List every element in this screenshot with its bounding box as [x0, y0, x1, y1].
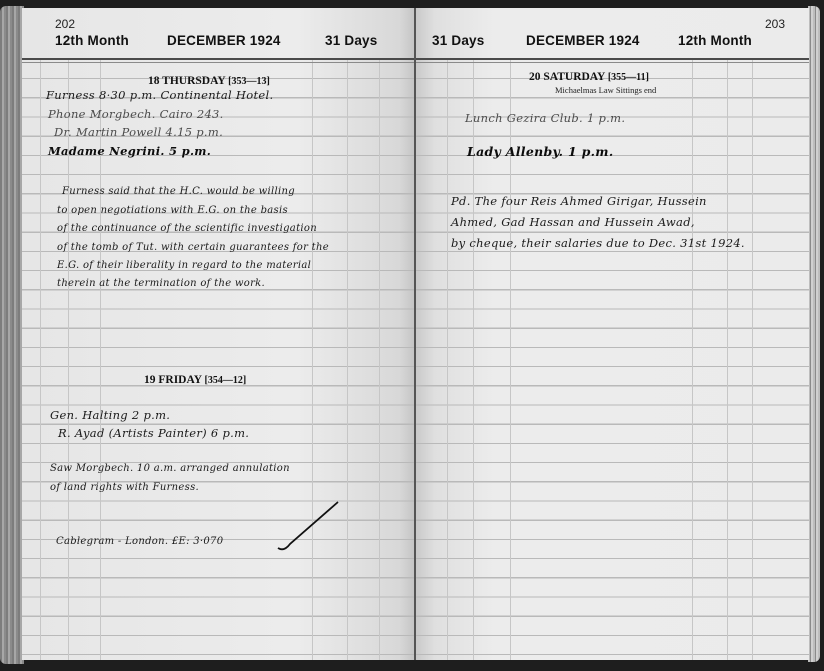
handwritten-line: Lady Allenby. 1 p.m. [467, 144, 613, 159]
day-ref: [353—13] [228, 76, 270, 87]
month-label: 12th Month [55, 33, 129, 48]
handwritten-note: to open negotiations with E.G. on the ba… [57, 205, 288, 216]
handwritten-line: R. Ayad (Artists Painter) 6 p.m. [58, 426, 249, 440]
column-rule [692, 60, 693, 660]
handwritten-note: by cheque, their salaries due to Dec. 31… [451, 236, 745, 250]
handwritten-note: Pd. The four Reis Ahmed Girigar, Hussein [451, 194, 707, 208]
page-header: 202 12th Month DECEMBER 1924 31 Days [22, 8, 415, 60]
column-rule [752, 60, 753, 660]
left-page: 202 12th Month DECEMBER 1924 31 Days 18 … [22, 8, 415, 660]
days-label: 31 Days [432, 33, 484, 48]
diary-book: 202 12th Month DECEMBER 1924 31 Days 18 … [0, 0, 824, 671]
book-spine [414, 8, 416, 660]
page-number: 203 [765, 17, 785, 31]
day-ref: [354—12] [205, 375, 247, 386]
page-edges-left [0, 6, 24, 664]
handwritten-line: Lunch Gezira Club. 1 p.m. [465, 111, 625, 125]
handwritten-note: of the tomb of Tut. with certain guarant… [57, 242, 329, 253]
column-rule [379, 60, 380, 660]
day-heading-thursday: 18 THURSDAY [353—13] [148, 75, 270, 87]
day-ref: [355—11] [608, 72, 649, 83]
day-name: 18 THURSDAY [148, 75, 225, 87]
day-subheading: Michaelmas Law Sittings end [555, 85, 656, 95]
column-rule [347, 60, 348, 660]
handwritten-line: of land rights with Furness. [50, 482, 199, 493]
handwritten-line: Cablegram - London. £E: 3·070 [56, 536, 223, 547]
handwritten-note: Ahmed, Gad Hassan and Hussein Awad, [451, 215, 695, 229]
handwritten-line: Dr. Martin Powell 4.15 p.m. [54, 125, 223, 139]
page-header: 203 31 Days DECEMBER 1924 12th Month [415, 8, 809, 60]
page-number: 202 [55, 17, 75, 31]
handwritten-line: Phone Morgbech. Cairo 243. [48, 107, 224, 121]
handwritten-note: of the continuance of the scientific inv… [57, 223, 317, 234]
day-name: 19 FRIDAY [144, 374, 202, 386]
day-heading-friday: 19 FRIDAY [354—12] [144, 374, 246, 386]
column-rule [727, 60, 728, 660]
column-rule [40, 60, 41, 660]
handwritten-line: Saw Morgbech. 10 a.m. arranged annulatio… [50, 463, 290, 474]
right-page: 203 31 Days DECEMBER 1924 12th Month 20 … [415, 8, 809, 660]
day-heading-saturday: 20 SATURDAY [355—11] [529, 71, 649, 83]
handwritten-line: Gen. Halting 2 p.m. [50, 408, 170, 422]
handwritten-note: therein at the termination of the work. [57, 278, 265, 289]
column-rule [447, 60, 448, 660]
column-rule [312, 60, 313, 660]
day-name: 20 SATURDAY [529, 71, 605, 83]
month-year: DECEMBER 1924 [167, 33, 281, 48]
days-label: 31 Days [325, 33, 377, 48]
month-label: 12th Month [678, 33, 752, 48]
handwritten-line: Furness 8·30 p.m. Continental Hotel. [46, 88, 273, 102]
handwritten-note: Furness said that the H.C. would be will… [62, 186, 295, 197]
month-year: DECEMBER 1924 [526, 33, 640, 48]
handwritten-note: E.G. of their liberality in regard to th… [57, 260, 311, 271]
handwritten-line: Madame Negrini. 5 p.m. [48, 144, 211, 158]
page-edges-right [808, 6, 820, 662]
